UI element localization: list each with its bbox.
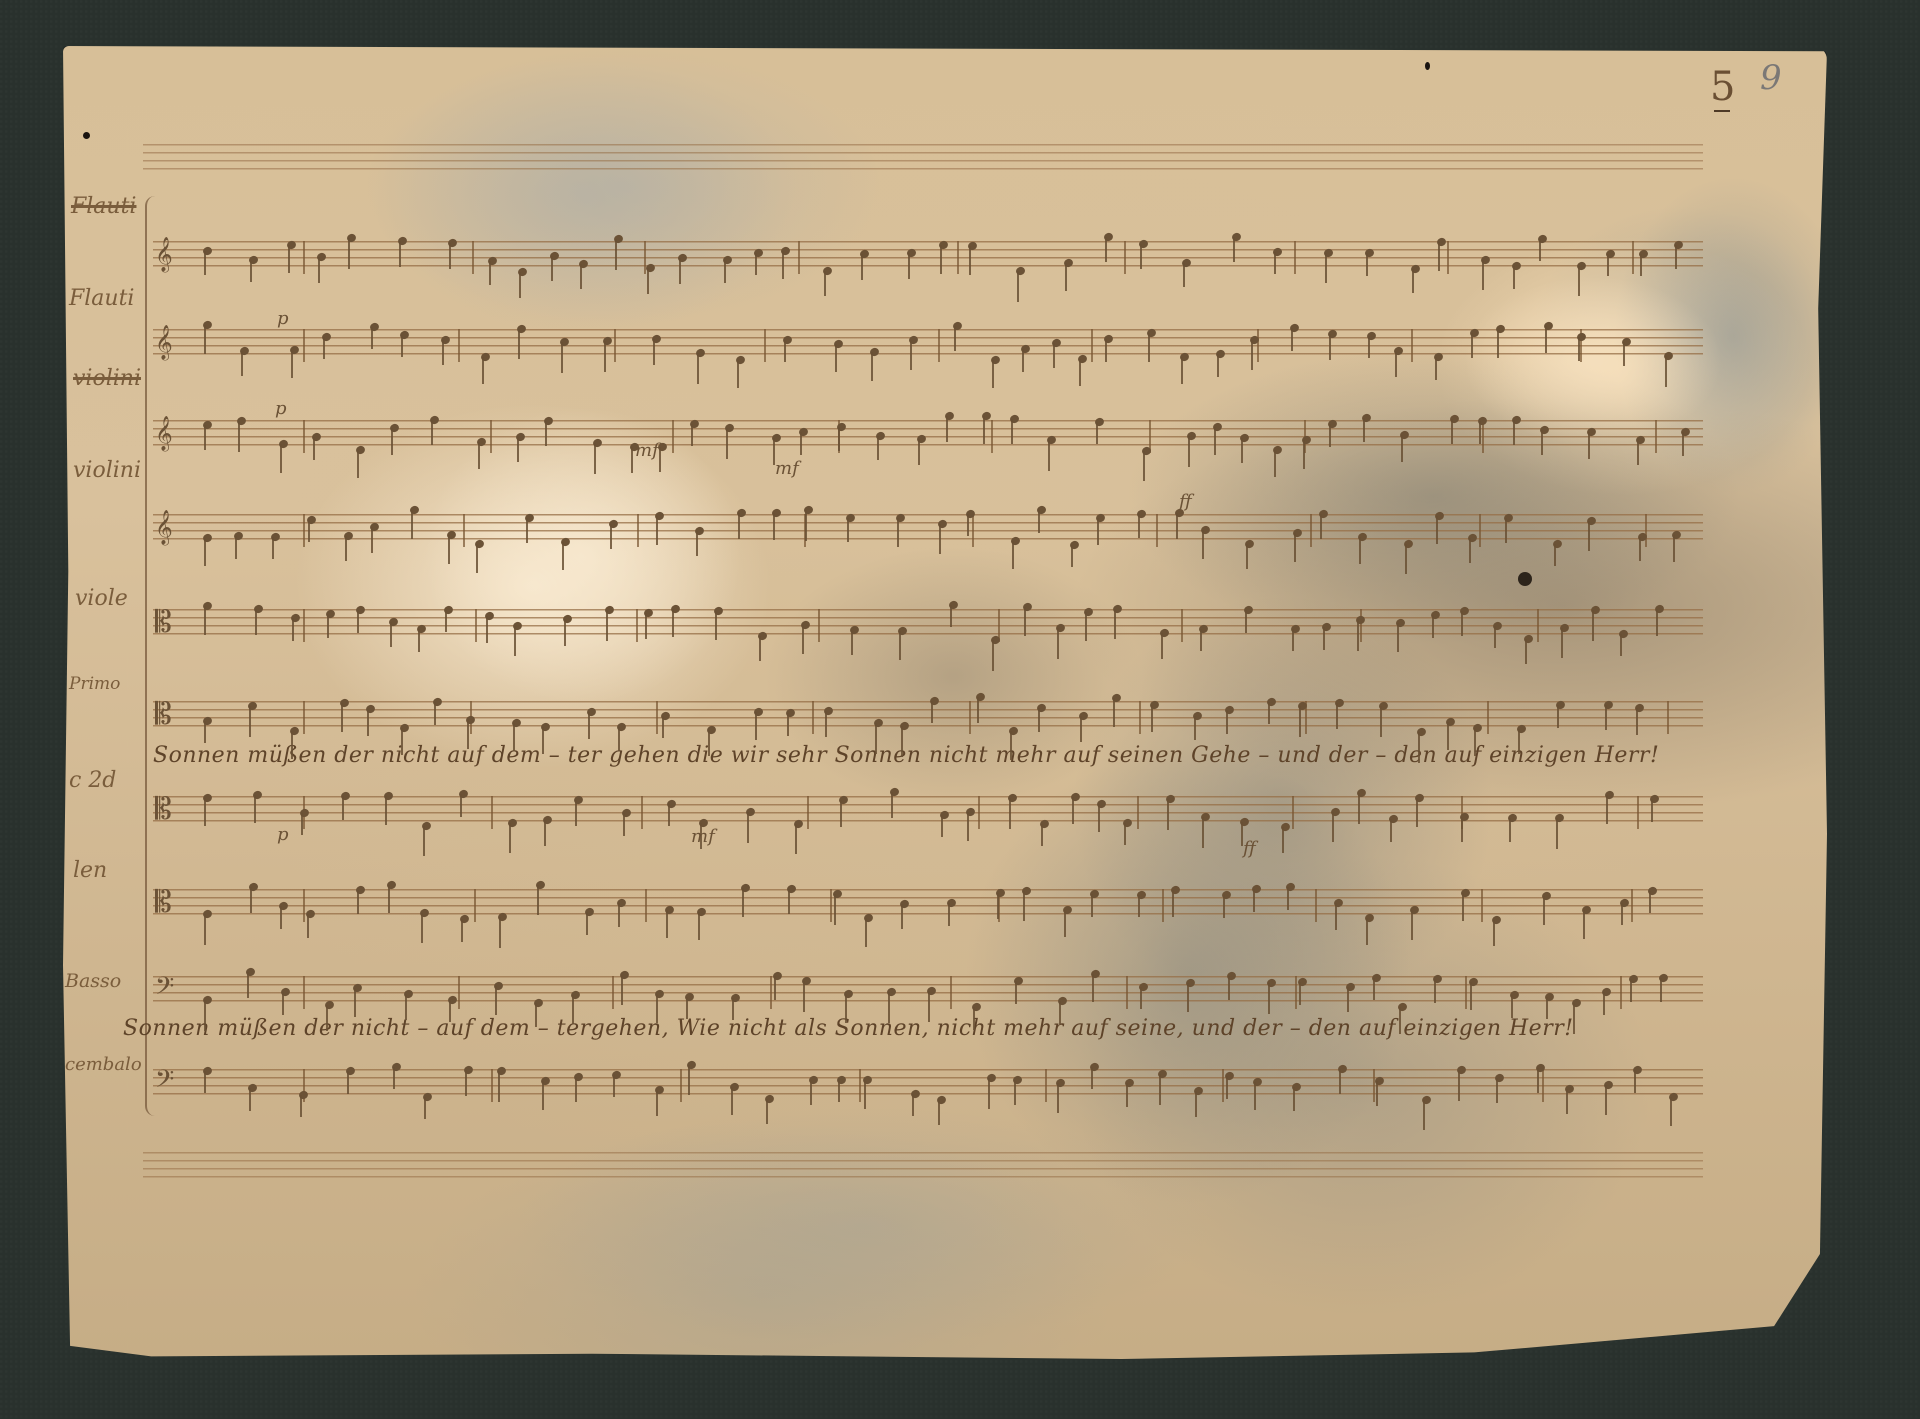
note-stem [418,629,420,652]
barline [303,241,305,274]
note-stem [1057,1083,1059,1113]
note-stem [731,1087,733,1115]
note-stem [1546,997,1548,1019]
note-stem [514,626,516,656]
note-stem [939,524,941,554]
note-stem [992,640,994,671]
note-stem [1605,705,1607,730]
note-stem [357,450,359,478]
water-stain [1123,346,1743,646]
water-stain [363,46,883,326]
note-stem [610,524,612,549]
note-stem [618,727,620,751]
barline [1631,889,1633,922]
note-stem [241,351,243,376]
note-stem [517,437,519,462]
note-stem [1217,354,1219,377]
note-stem [1359,537,1361,564]
note-stem [1202,530,1204,559]
note-stem [899,631,901,660]
staff-flauti-1 [153,241,1703,273]
note-stem [1092,974,1094,1002]
note-stem [1336,703,1338,729]
note-stem [1072,797,1074,824]
note-stem [327,614,329,638]
barline [812,701,814,734]
note-stem [1347,987,1349,1012]
dynamic-marking: p [277,308,289,329]
barline [490,420,492,453]
note-stem [1325,253,1327,283]
note-stem [668,804,670,826]
note-stem [666,910,668,938]
note-stem [1605,1085,1607,1115]
note-stem [509,823,511,853]
ink-blot [1425,62,1430,70]
instrument-label: Basso [65,970,121,992]
note-stem [1299,706,1301,737]
barline [1487,701,1489,734]
note-stem [1436,516,1438,544]
treble-clef-icon: 𝄞 [155,328,173,358]
note-stem [371,527,373,553]
note-stem [1357,620,1359,651]
note-stem [561,342,563,373]
note-stem [486,616,488,643]
dynamic-marking: p [275,398,287,419]
barline [1637,796,1639,829]
note-stem [631,447,633,473]
note-stem [851,630,853,655]
note-stem [1623,342,1625,366]
note-stem [204,538,206,566]
note-stem [1159,1074,1161,1105]
note-stem [1411,910,1413,940]
note-stem [1470,982,1472,1010]
note-stem [918,439,920,465]
note-stem [1543,896,1545,925]
note-stem [623,813,625,836]
note-stem [291,350,293,378]
note-stem [399,241,401,267]
note-stem [465,1070,467,1096]
note-stem [518,329,520,359]
note-stem [1461,817,1463,842]
note-stem [1557,705,1559,728]
note-stem [1434,979,1436,1003]
note-stem [411,510,413,539]
note-stem [347,1071,349,1094]
note-stem [954,326,956,351]
instrument-label: violini [73,366,141,391]
bass-clef-icon: 𝄢 [155,975,174,1005]
barline [798,241,800,274]
note-stem [1268,983,1270,1014]
note-stem [564,619,566,646]
note-stem [342,796,344,820]
note-stem [1682,432,1684,456]
note-stem [1151,705,1153,732]
note-stem [1592,610,1594,641]
barline [1537,609,1539,642]
note-stem [513,723,515,751]
barline [1139,701,1141,734]
note-stem [1228,976,1230,1000]
note-stem [747,812,749,843]
note-stem [1640,254,1642,276]
note-stem [912,1094,914,1116]
note-stem [1390,819,1392,842]
barline [830,889,832,922]
note-stem [282,992,284,1015]
note-stem [656,1090,658,1116]
barline [1257,329,1259,362]
note-stem [1176,513,1178,539]
note-stem [1282,827,1284,853]
note-stem [1148,333,1150,362]
note-stem [888,992,890,1023]
note-stem [1253,889,1255,912]
note-stem [1482,260,1484,290]
note-stem [928,991,930,1022]
note-stem [291,731,293,759]
barline [1632,241,1634,274]
dynamic-marking: ff [1243,838,1256,859]
instrument-label: Flauti [71,194,136,219]
note-stem [1140,244,1142,269]
note-stem [901,726,903,757]
note-stem [871,352,873,381]
ink-blot [1518,572,1532,586]
barline [645,889,647,922]
note-stem [467,720,469,749]
note-stem [204,914,206,945]
note-stem [1251,340,1253,370]
note-stem [724,260,726,283]
note-stem [659,447,661,472]
note-stem [1438,242,1440,271]
note-stem [1223,895,1225,918]
barline [303,329,305,362]
note-stem [1670,1097,1672,1126]
staff-empty-bottom [143,1152,1703,1184]
note-stem [1497,329,1499,358]
note-stem [1172,890,1174,917]
barline [957,241,959,274]
note-stem [1634,1070,1636,1093]
note-stem [301,813,303,835]
note-stem [835,344,837,372]
note-stem [1607,254,1609,276]
barline [938,329,940,362]
note-stem [824,271,826,296]
note-stem [424,1097,426,1119]
note-stem [1023,891,1025,921]
note-stem [1041,824,1043,846]
note-stem [1660,978,1662,1002]
barline [1373,1069,1375,1102]
barline [807,796,809,829]
note-stem [1673,535,1675,562]
note-stem [1195,1091,1197,1117]
barline [1295,976,1297,1009]
note-stem [442,340,444,365]
note-stem [1057,628,1059,659]
note-stem [535,1003,537,1027]
note-stem [1509,818,1511,842]
note-stem [1194,716,1196,740]
note-stem [1048,440,1050,471]
note-stem [1233,237,1235,262]
note-stem [803,981,805,1012]
note-stem [1545,326,1547,353]
note-stem [1537,1068,1539,1093]
note-stem [1291,328,1293,351]
note-stem [845,994,847,1023]
barline [770,976,772,1009]
barline [458,976,460,1009]
folio-underline [1714,110,1730,112]
note-stem [1098,804,1100,832]
note-stem [1097,518,1099,545]
note-stem [901,904,903,929]
note-stem [594,443,596,474]
note-stem [615,239,617,270]
note-stem [341,703,343,732]
note-stem [1588,432,1590,459]
note-stem [1167,799,1169,830]
note-stem [498,1071,500,1102]
note-stem [1395,351,1397,377]
barline [1481,889,1483,922]
note-stem [348,238,350,269]
note-stem [988,1078,990,1109]
note-stem [621,975,623,1005]
bass-clef-icon: 𝄢 [155,1068,174,1098]
note-stem [1124,823,1126,845]
note-stem [401,728,403,755]
note-stem [1138,895,1140,917]
note-stem [1651,799,1653,822]
note-stem [795,824,797,854]
note-stem [1245,610,1247,633]
note-stem [445,610,447,632]
note-stem [715,611,717,640]
note-stem [865,918,867,947]
note-stem [1268,702,1270,724]
note-stem [1561,628,1563,658]
note-stem [544,820,546,846]
note-stem [393,1067,395,1089]
note-stem [357,890,359,914]
note-stem [897,518,899,547]
note-stem [946,416,948,442]
note-stem [247,972,249,998]
note-stem [782,251,784,279]
note-stem [1412,269,1414,293]
note-stem [1637,440,1639,465]
note-stem [1525,639,1527,664]
note-stem [613,1075,615,1097]
note-stem [908,253,910,279]
note-stem [1254,1082,1256,1110]
barline [950,976,952,1009]
barline [1411,329,1413,362]
note-stem [1183,263,1185,287]
note-stem [931,701,933,723]
note-stem [1451,419,1453,444]
barline [680,1069,682,1102]
barline [1124,241,1126,274]
barline [1315,889,1317,922]
note-stem [679,258,681,284]
barline [1137,796,1139,829]
note-stem [204,606,206,635]
note-stem [1447,722,1449,750]
note-stem [1603,992,1605,1015]
note-stem [1059,1001,1061,1024]
staff-cembalo [153,1069,1703,1101]
note-stem [1494,626,1496,648]
barline [1162,889,1164,922]
note-stem [1462,893,1464,921]
note-stem [250,260,252,282]
note-stem [737,360,739,388]
note-stem [1038,510,1040,533]
barline [474,889,476,922]
note-stem [1241,438,1243,463]
treble-clef-icon: 𝄞 [155,513,173,543]
note-stem [1323,627,1325,650]
note-stem [461,919,463,942]
note-stem [434,702,436,725]
note-stem [967,514,969,536]
note-stem [1091,894,1093,917]
note-stem [1578,266,1580,296]
note-stem [1113,698,1115,727]
note-stem [840,800,842,827]
note-stem [802,625,804,654]
note-stem [969,246,971,275]
note-stem [967,812,969,841]
note-stem [478,442,480,469]
barline [1620,976,1622,1009]
note-stem [1140,987,1142,1009]
note-stem [204,325,206,354]
note-stem [1038,708,1040,732]
note-stem [391,428,393,455]
note-stem [1399,1007,1401,1034]
note-stem [390,622,392,647]
barline [1156,514,1158,547]
note-stem [1335,903,1337,930]
note-stem [1214,427,1216,455]
note-stem [449,243,451,269]
note-stem [1096,422,1098,444]
note-stem [742,888,744,917]
barline [1222,1069,1224,1102]
dynamic-marking: mf [775,458,799,479]
note-stem [1064,910,1066,937]
note-stem [1513,266,1515,289]
dynamic-marking: mf [691,826,715,847]
note-stem [204,425,206,450]
barline [1292,796,1294,829]
note-stem [1416,798,1418,827]
note-stem [1114,609,1116,639]
note-stem [272,537,274,559]
note-stem [891,792,893,818]
note-stem [1474,728,1476,756]
note-stem [787,713,789,736]
staff-violini-1 [153,420,1703,452]
staff-empty-top [143,144,1703,176]
barline [303,976,305,1009]
note-stem [838,1080,840,1102]
note-stem [1293,1087,1295,1111]
note-stem [940,245,942,274]
note-stem [759,636,761,661]
note-stem [686,997,688,1019]
note-stem [1588,521,1590,551]
note-stem [1368,336,1370,358]
note-stem [784,340,786,362]
note-stem [401,335,403,357]
instrument-label: violini [73,458,141,483]
folio-number-ink: 5 [1710,64,1735,110]
tenor-clef-icon: 𝄡 [155,888,172,918]
note-stem [1621,903,1623,925]
note-stem [367,709,369,736]
note-stem [788,889,790,914]
barline [641,796,643,829]
note-stem [941,815,943,837]
note-stem [1339,1069,1341,1094]
note-stem [354,988,356,1017]
note-stem [864,1080,866,1109]
note-stem [938,1100,940,1125]
note-stem [1009,798,1011,829]
barline [1181,609,1183,642]
note-stem [875,723,877,754]
note-stem [700,823,702,849]
note-stem [204,1000,206,1031]
barline [1447,241,1449,274]
note-stem [810,1080,812,1105]
note-stem [1332,812,1334,842]
note-stem [313,437,315,460]
barline [1360,609,1362,642]
note-stem [1085,612,1087,641]
note-stem [1469,538,1471,563]
note-stem [977,697,979,723]
instrument-label: Flauti [69,286,134,311]
note-stem [204,251,206,275]
dynamic-marking: p [277,824,289,845]
barline [636,609,638,642]
note-stem [1363,418,1365,442]
note-stem [323,337,325,359]
note-stem [910,340,912,370]
instrument-label: len [73,858,107,883]
note-stem [672,609,674,637]
note-stem [1010,731,1012,760]
barline [859,1069,861,1102]
note-stem [1105,237,1107,262]
note-stem [1143,451,1145,481]
note-stem [385,796,387,825]
note-stem [618,903,620,927]
